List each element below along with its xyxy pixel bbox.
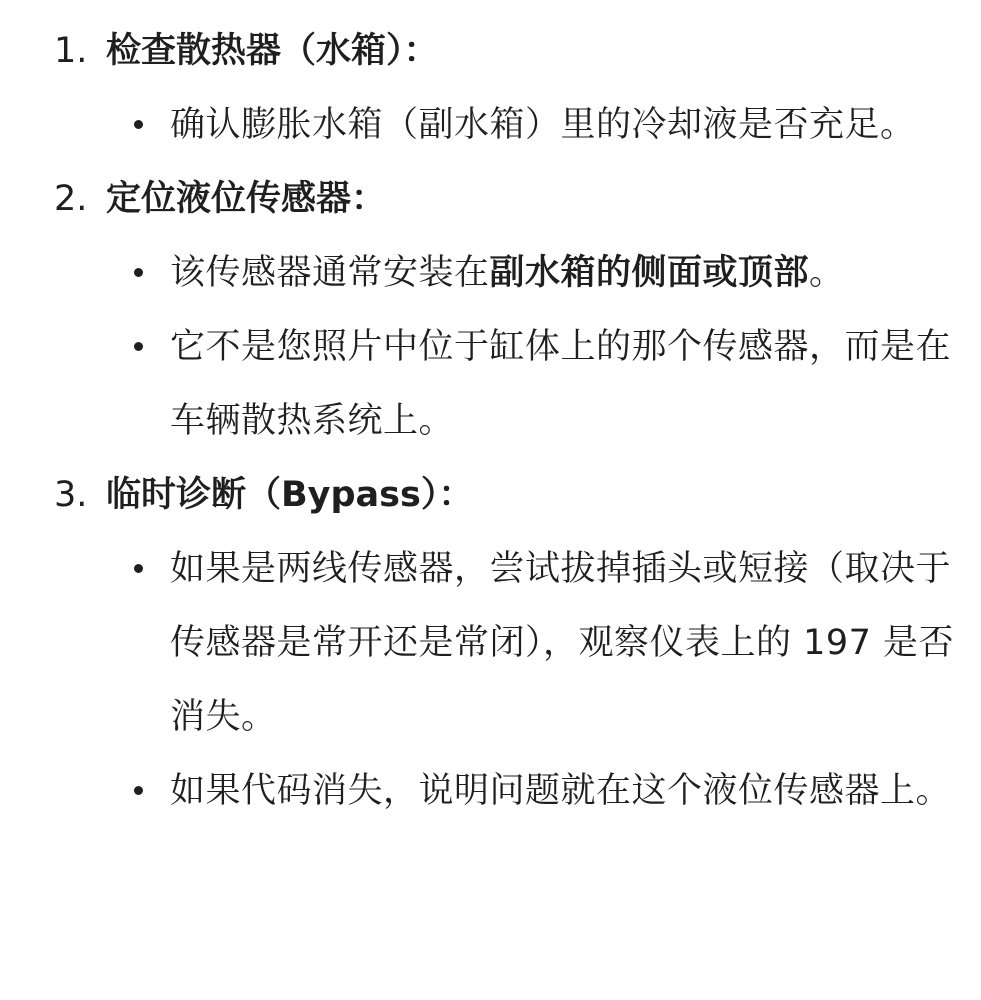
step-title: 定位液位传感器：	[106, 162, 386, 236]
bullet-text: 确认膨胀水箱（副水箱）里的冷却液是否充足。	[170, 105, 916, 145]
bullet-list: 如果是两线传感器，尝试拔掉插头或短接（取决于传感器是常开还是常闭），观察仪表上的…	[0, 532, 981, 828]
step-heading: 3. 临时诊断（Bypass）：	[54, 458, 981, 532]
bullet-text: 。	[809, 253, 845, 293]
step-title: 临时诊断（Bypass）：	[106, 458, 473, 532]
bullet-dot-icon	[134, 564, 143, 573]
bullet-list: 确认膨胀水箱（副水箱）里的冷却液是否充足。	[0, 88, 981, 162]
step-2: 2. 定位液位传感器： 该传感器通常安装在副水箱的侧面或顶部。 它不是您照片中位…	[0, 162, 981, 458]
step-heading: 2. 定位液位传感器：	[54, 162, 981, 236]
instruction-list: 1. 检查散热器（水箱）： 确认膨胀水箱（副水箱）里的冷却液是否充足。 2. 定…	[0, 0, 981, 828]
bullet-text-bold: 副水箱的侧面或顶部	[490, 253, 810, 293]
bullet-dot-icon	[134, 342, 143, 351]
bullet-text: 如果代码消失，说明问题就在这个液位传感器上。	[170, 771, 951, 811]
step-heading: 1. 检查散热器（水箱）：	[54, 14, 981, 88]
bullet-dot-icon	[134, 268, 143, 277]
bullet-text: 它不是您照片中位于缸体上的那个传感器，而是在车辆散热系统上。	[170, 327, 951, 441]
step-number: 1.	[54, 14, 106, 88]
bullet-dot-icon	[134, 786, 143, 795]
list-item: 确认膨胀水箱（副水箱）里的冷却液是否充足。	[170, 88, 965, 162]
list-item: 如果是两线传感器，尝试拔掉插头或短接（取决于传感器是常开还是常闭），观察仪表上的…	[170, 532, 965, 754]
step-title: 检查散热器（水箱）：	[106, 14, 439, 88]
step-number: 3.	[54, 458, 106, 532]
list-item: 如果代码消失，说明问题就在这个液位传感器上。	[170, 754, 965, 828]
list-item: 它不是您照片中位于缸体上的那个传感器，而是在车辆散热系统上。	[170, 310, 965, 458]
bullet-text: 该传感器通常安装在	[170, 253, 490, 293]
list-item: 该传感器通常安装在副水箱的侧面或顶部。	[170, 236, 965, 310]
step-number: 2.	[54, 162, 106, 236]
step-3: 3. 临时诊断（Bypass）： 如果是两线传感器，尝试拔掉插头或短接（取决于传…	[0, 458, 981, 828]
bullet-text: 如果是两线传感器，尝试拔掉插头或短接（取决于传感器是常开还是常闭），观察仪表上的…	[170, 549, 954, 737]
step-1: 1. 检查散热器（水箱）： 确认膨胀水箱（副水箱）里的冷却液是否充足。	[0, 14, 981, 162]
bullet-dot-icon	[134, 120, 143, 129]
bullet-list: 该传感器通常安装在副水箱的侧面或顶部。 它不是您照片中位于缸体上的那个传感器，而…	[0, 236, 981, 458]
